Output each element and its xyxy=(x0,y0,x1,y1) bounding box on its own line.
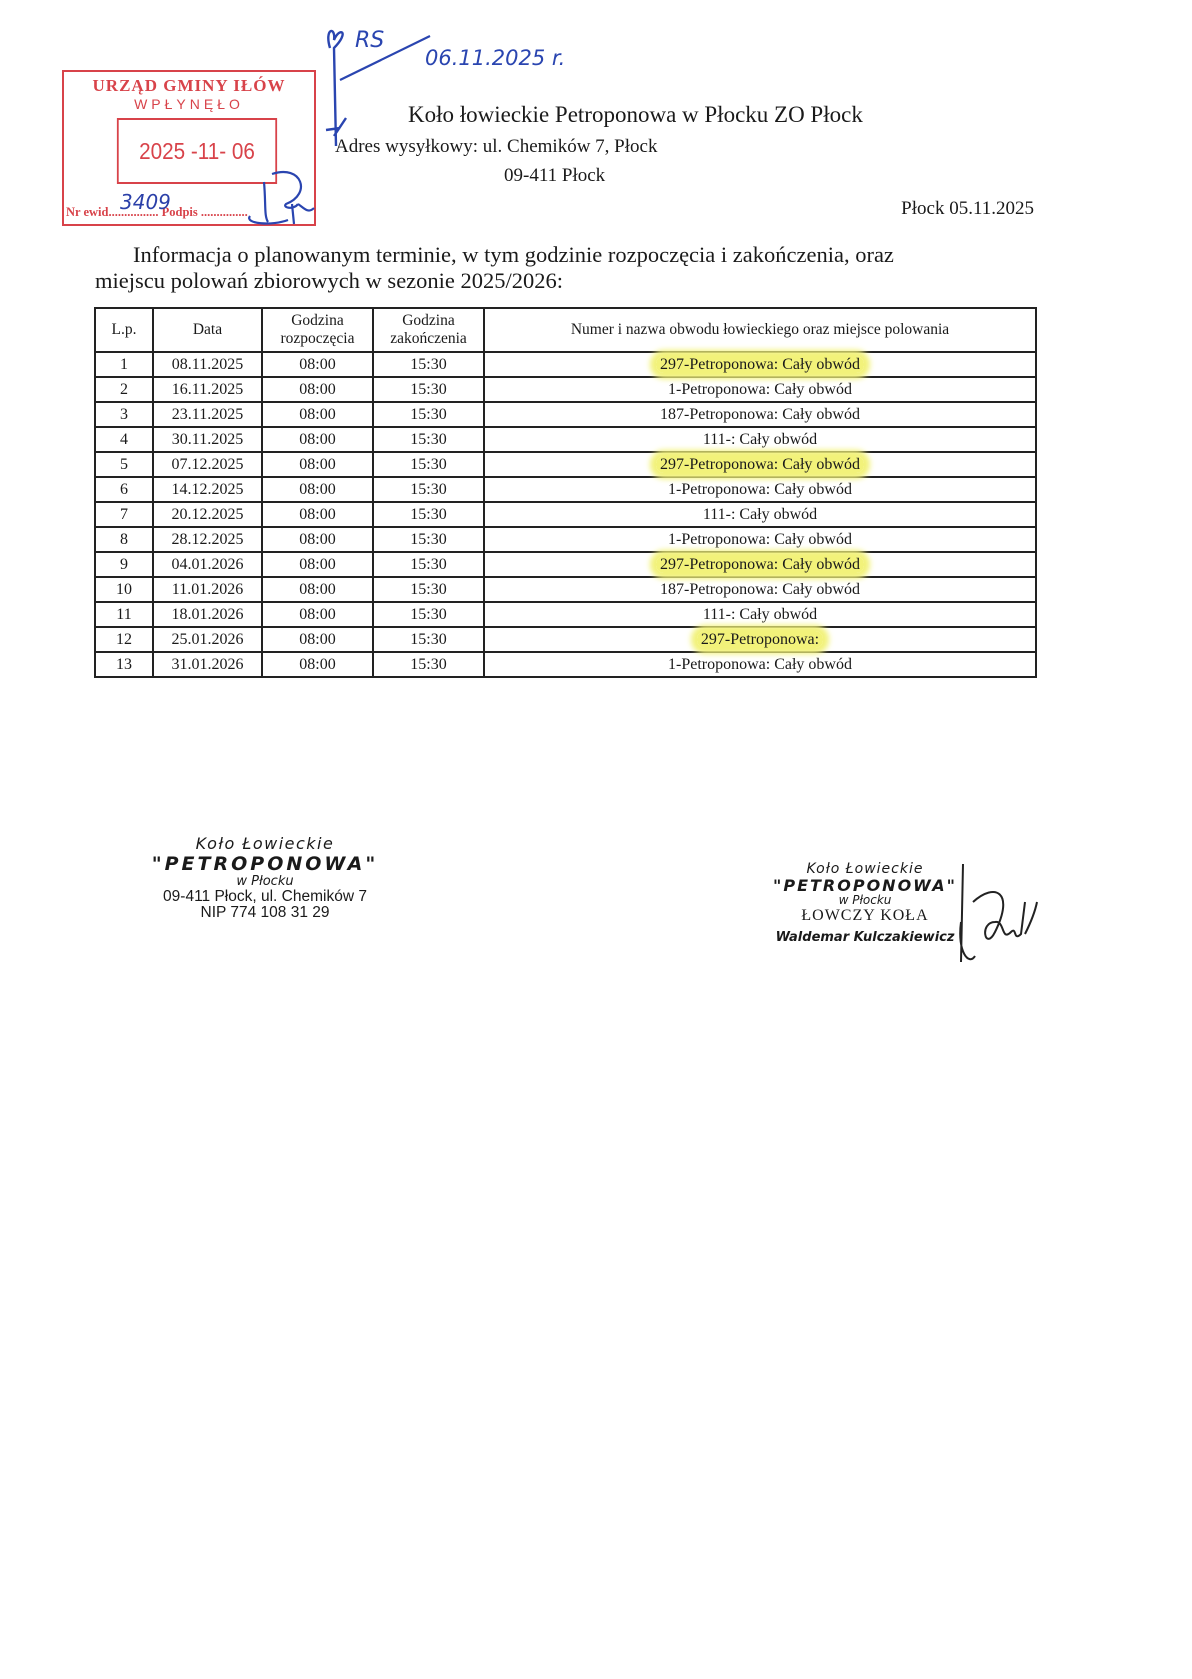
cell-date: 07.12.2025 xyxy=(153,452,262,477)
intro-paragraph: Informacja o planowanym terminie, w tym … xyxy=(95,242,1040,294)
header-date: Data xyxy=(153,308,262,352)
cell-lp: 5 xyxy=(95,452,153,477)
cell-lp: 3 xyxy=(95,402,153,427)
table-row: 507.12.202508:0015:30297-Petroponowa: Ca… xyxy=(95,452,1036,477)
stamp-signature-icon xyxy=(242,164,322,228)
stamp-office-name: URZĄD GMINY IŁÓW xyxy=(64,76,314,96)
area-text: 1-Petroponowa: Cały obwód xyxy=(668,381,852,398)
cell-end-time: 15:30 xyxy=(373,502,484,527)
hunting-master-stamp: Koło Łowieckie "PETROPONOWA" w Płocku ŁO… xyxy=(760,862,970,945)
hunt-schedule-table: L.p. Data Godzinarozpoczęcia Godzinazako… xyxy=(94,307,1037,678)
cell-date: 28.12.2025 xyxy=(153,527,262,552)
table-row: 1118.01.202608:0015:30111-: Cały obwód xyxy=(95,602,1036,627)
cell-lp: 4 xyxy=(95,427,153,452)
cell-end-time: 15:30 xyxy=(373,627,484,652)
area-text: 1-Petroponowa: Cały obwód xyxy=(668,656,852,673)
cell-end-time: 15:30 xyxy=(373,527,484,552)
table-row: 614.12.202508:0015:301-Petroponowa: Cały… xyxy=(95,477,1036,502)
cell-date: 30.11.2025 xyxy=(153,427,262,452)
cell-date: 20.12.2025 xyxy=(153,502,262,527)
cell-start-time: 08:00 xyxy=(262,402,373,427)
cell-end-time: 15:30 xyxy=(373,577,484,602)
area-text: 187-Petroponowa: Cały obwód xyxy=(660,581,860,598)
cell-end-time: 15:30 xyxy=(373,402,484,427)
cell-date: 04.01.2026 xyxy=(153,552,262,577)
cell-hunting-area: 187-Petroponowa: Cały obwód xyxy=(484,402,1036,427)
club-stamp: Koło Łowieckie "PETROPONOWA" w Płocku 09… xyxy=(140,834,390,921)
cell-lp: 6 xyxy=(95,477,153,502)
cell-hunting-area: 111-: Cały obwód xyxy=(484,602,1036,627)
cell-hunting-area: 1-Petroponowa: Cały obwód xyxy=(484,652,1036,677)
header-hunting-area: Numer i nazwa obwodu łowieckiego oraz mi… xyxy=(484,308,1036,352)
cell-start-time: 08:00 xyxy=(262,527,373,552)
cell-end-time: 15:30 xyxy=(373,352,484,377)
cell-lp: 12 xyxy=(95,627,153,652)
area-text: 111-: Cały obwód xyxy=(703,506,817,523)
table-row: 1225.01.202608:0015:30297-Petroponowa: xyxy=(95,627,1036,652)
stamp-registry-label: Nr ewid. xyxy=(66,205,112,219)
handwritten-date: 06.11.2025 r. xyxy=(425,46,565,70)
cell-lp: 8 xyxy=(95,527,153,552)
cell-hunting-area: 297-Petroponowa: Cały obwód xyxy=(484,452,1036,477)
area-text: 1-Petroponowa: Cały obwód xyxy=(668,531,852,548)
handwritten-decree: RS xyxy=(355,28,384,53)
table-row: 720.12.202508:0015:30111-: Cały obwód xyxy=(95,502,1036,527)
cell-hunting-area: 187-Petroponowa: Cały obwód xyxy=(484,577,1036,602)
highlighted-area-text: 297-Petroponowa: Cały obwód xyxy=(656,356,864,373)
cell-lp: 11 xyxy=(95,602,153,627)
cell-date: 25.01.2026 xyxy=(153,627,262,652)
cell-start-time: 08:00 xyxy=(262,477,373,502)
cell-start-time: 08:00 xyxy=(262,652,373,677)
table-row: 828.12.202508:0015:301-Petroponowa: Cały… xyxy=(95,527,1036,552)
cell-date: 31.01.2026 xyxy=(153,652,262,677)
intro-line-2: miejscu polowań zbiorowych w sezonie 202… xyxy=(95,268,1040,294)
cell-date: 18.01.2026 xyxy=(153,602,262,627)
cell-hunting-area: 111-: Cały obwód xyxy=(484,427,1036,452)
stamp-registry-number: 3409 xyxy=(120,190,171,214)
table-row: 430.11.202508:0015:30111-: Cały obwód xyxy=(95,427,1036,452)
sender-address: Adres wysyłkowy: ul. Chemików 7, Płock xyxy=(335,136,657,158)
cell-lp: 13 xyxy=(95,652,153,677)
cell-end-time: 15:30 xyxy=(373,377,484,402)
cell-date: 08.11.2025 xyxy=(153,352,262,377)
table-row: 108.11.202508:0015:30297-Petroponowa: Ca… xyxy=(95,352,1036,377)
cell-end-time: 15:30 xyxy=(373,652,484,677)
cell-start-time: 08:00 xyxy=(262,352,373,377)
cell-end-time: 15:30 xyxy=(373,427,484,452)
table-body: 108.11.202508:0015:30297-Petroponowa: Ca… xyxy=(95,352,1036,677)
table-row: 1331.01.202608:0015:301-Petroponowa: Cał… xyxy=(95,652,1036,677)
handwritten-signature-icon xyxy=(955,862,1045,972)
cell-hunting-area: 297-Petroponowa: Cały obwód xyxy=(484,352,1036,377)
cell-end-time: 15:30 xyxy=(373,552,484,577)
cell-date: 14.12.2025 xyxy=(153,477,262,502)
cell-hunting-area: 1-Petroponowa: Cały obwód xyxy=(484,377,1036,402)
sender-title: Koło łowieckie Petroponowa w Płocku ZO P… xyxy=(408,102,863,128)
cell-start-time: 08:00 xyxy=(262,502,373,527)
table-header-row: L.p. Data Godzinarozpoczęcia Godzinazako… xyxy=(95,308,1036,352)
cell-start-time: 08:00 xyxy=(262,627,373,652)
cell-lp: 7 xyxy=(95,502,153,527)
cell-end-time: 15:30 xyxy=(373,452,484,477)
cell-end-time: 15:30 xyxy=(373,477,484,502)
cell-start-time: 08:00 xyxy=(262,427,373,452)
cell-date: 16.11.2025 xyxy=(153,377,262,402)
header-end-time: Godzinazakończenia xyxy=(373,308,484,352)
sender-postcode: 09-411 Płock xyxy=(504,165,605,187)
highlighted-area-text: 297-Petroponowa: Cały obwód xyxy=(656,456,864,473)
intro-line-1: Informacja o planowanym terminie, w tym … xyxy=(95,242,1040,268)
cell-lp: 10 xyxy=(95,577,153,602)
header-lp: L.p. xyxy=(95,308,153,352)
cell-hunting-area: 297-Petroponowa: Cały obwód xyxy=(484,552,1036,577)
cell-hunting-area: 111-: Cały obwód xyxy=(484,502,1036,527)
area-text: 187-Petroponowa: Cały obwód xyxy=(660,406,860,423)
cell-hunting-area: 1-Petroponowa: Cały obwód xyxy=(484,477,1036,502)
cell-start-time: 08:00 xyxy=(262,552,373,577)
cell-hunting-area: 1-Petroponowa: Cały obwód xyxy=(484,527,1036,552)
highlighted-area-text: 297-Petroponowa: Cały obwód xyxy=(656,556,864,573)
area-text: 111-: Cały obwód xyxy=(703,431,817,448)
area-text: 111-: Cały obwód xyxy=(703,606,817,623)
table-row: 216.11.202508:0015:301-Petroponowa: Cały… xyxy=(95,377,1036,402)
cell-end-time: 15:30 xyxy=(373,602,484,627)
cell-start-time: 08:00 xyxy=(262,602,373,627)
place-and-date: Płock 05.11.2025 xyxy=(901,198,1034,220)
table-row: 1011.01.202608:0015:30187-Petroponowa: C… xyxy=(95,577,1036,602)
incoming-stamp: URZĄD GMINY IŁÓW WPŁYNĘŁO 2025 -11- 06 N… xyxy=(62,70,316,226)
table-row: 323.11.202508:0015:30187-Petroponowa: Ca… xyxy=(95,402,1036,427)
cell-date: 23.11.2025 xyxy=(153,402,262,427)
cell-date: 11.01.2026 xyxy=(153,577,262,602)
header-start-time: Godzinarozpoczęcia xyxy=(262,308,373,352)
highlighted-area-text: 297-Petroponowa: xyxy=(697,631,823,648)
cell-lp: 1 xyxy=(95,352,153,377)
cell-hunting-area: 297-Petroponowa: xyxy=(484,627,1036,652)
stamp-received-label: WPŁYNĘŁO xyxy=(64,96,314,112)
table-row: 904.01.202608:0015:30297-Petroponowa: Ca… xyxy=(95,552,1036,577)
cell-lp: 9 xyxy=(95,552,153,577)
area-text: 1-Petroponowa: Cały obwód xyxy=(668,481,852,498)
cell-start-time: 08:00 xyxy=(262,577,373,602)
cell-lp: 2 xyxy=(95,377,153,402)
cell-start-time: 08:00 xyxy=(262,377,373,402)
cell-start-time: 08:00 xyxy=(262,452,373,477)
